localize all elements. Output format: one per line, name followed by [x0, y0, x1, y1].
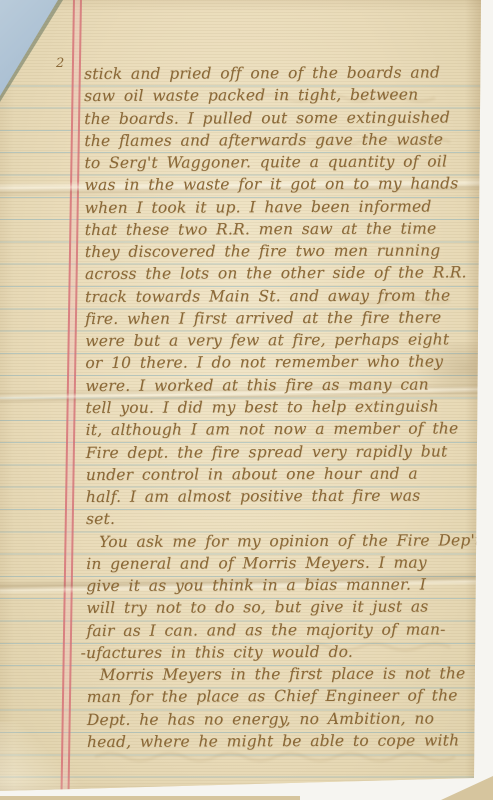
handwriting-block: stick and pried off one of the boards an… [84, 61, 476, 753]
page-number: 2 [56, 56, 64, 71]
handwritten-line: -ufactures in this city would do. [81, 640, 476, 664]
handwritten-line: was in the waste for it got on to my han… [84, 173, 473, 197]
handwritten-line: under control in about one hour and a [86, 462, 475, 486]
handwritten-line: that these two R.R. men saw at the time [85, 217, 474, 241]
handwritten-line: saw oil waste packed in tight, between [84, 84, 473, 108]
handwritten-line: it, although I am not now a member of th… [86, 418, 475, 442]
handwritten-line: head, where he might be able to cope wit… [87, 729, 476, 753]
handwritten-line: across the lots on the other side of the… [85, 262, 474, 286]
handwritten-line: fire. when I first arrived at the fire t… [85, 306, 474, 330]
handwritten-line: set. [86, 507, 475, 531]
handwritten-line: Morris Meyers in the first place is not … [87, 662, 476, 686]
handwritten-line: or 10 there. I do not remember who they [85, 351, 474, 375]
handwritten-line: were. I worked at this fire as many can [85, 373, 474, 397]
handwritten-line: to Serg't Waggoner. quite a quantity of … [84, 150, 473, 174]
handwritten-line: they discovered the fire two men running [85, 239, 474, 263]
handwritten-line: half. I am almost positive that fire was [86, 484, 475, 508]
handwritten-line: when I took it up. I have been informed [85, 195, 474, 219]
underlying-page-bottom [0, 796, 300, 800]
handwritten-line: give it as you think in a bias manner. I [86, 573, 475, 597]
handwritten-line: track towards Main St. and away from the [85, 284, 474, 308]
handwritten-line: stick and pried off one of the boards an… [84, 61, 473, 85]
handwritten-line: in general and of Morris Meyers. I may [86, 551, 475, 575]
scanned-letter-page: 2 stick and pried off one of the boards … [0, 0, 493, 800]
letter-paper: 2 stick and pried off one of the boards … [0, 0, 481, 800]
handwritten-line: Fire dept. the fire spread very rapidly … [86, 440, 475, 464]
handwritten-line: Dept. he has no energy, no Ambition, no [87, 707, 476, 731]
handwritten-line: will try not to do so, but give it just … [86, 596, 475, 620]
handwritten-line: the boards. I pulled out some extinguish… [84, 106, 473, 130]
handwritten-line: the flames and afterwards gave the waste [84, 128, 473, 152]
handwritten-line: tell you. I did my best to help extingui… [85, 395, 474, 419]
handwritten-line: man for the place as Chief Engineer of t… [87, 685, 476, 709]
handwritten-line: fair as I can. and as the majority of ma… [86, 618, 475, 642]
handwritten-line: were but a very few at fire, perhaps eig… [85, 328, 474, 352]
handwritten-line: You ask me for my opinion of the Fire De… [86, 529, 475, 553]
